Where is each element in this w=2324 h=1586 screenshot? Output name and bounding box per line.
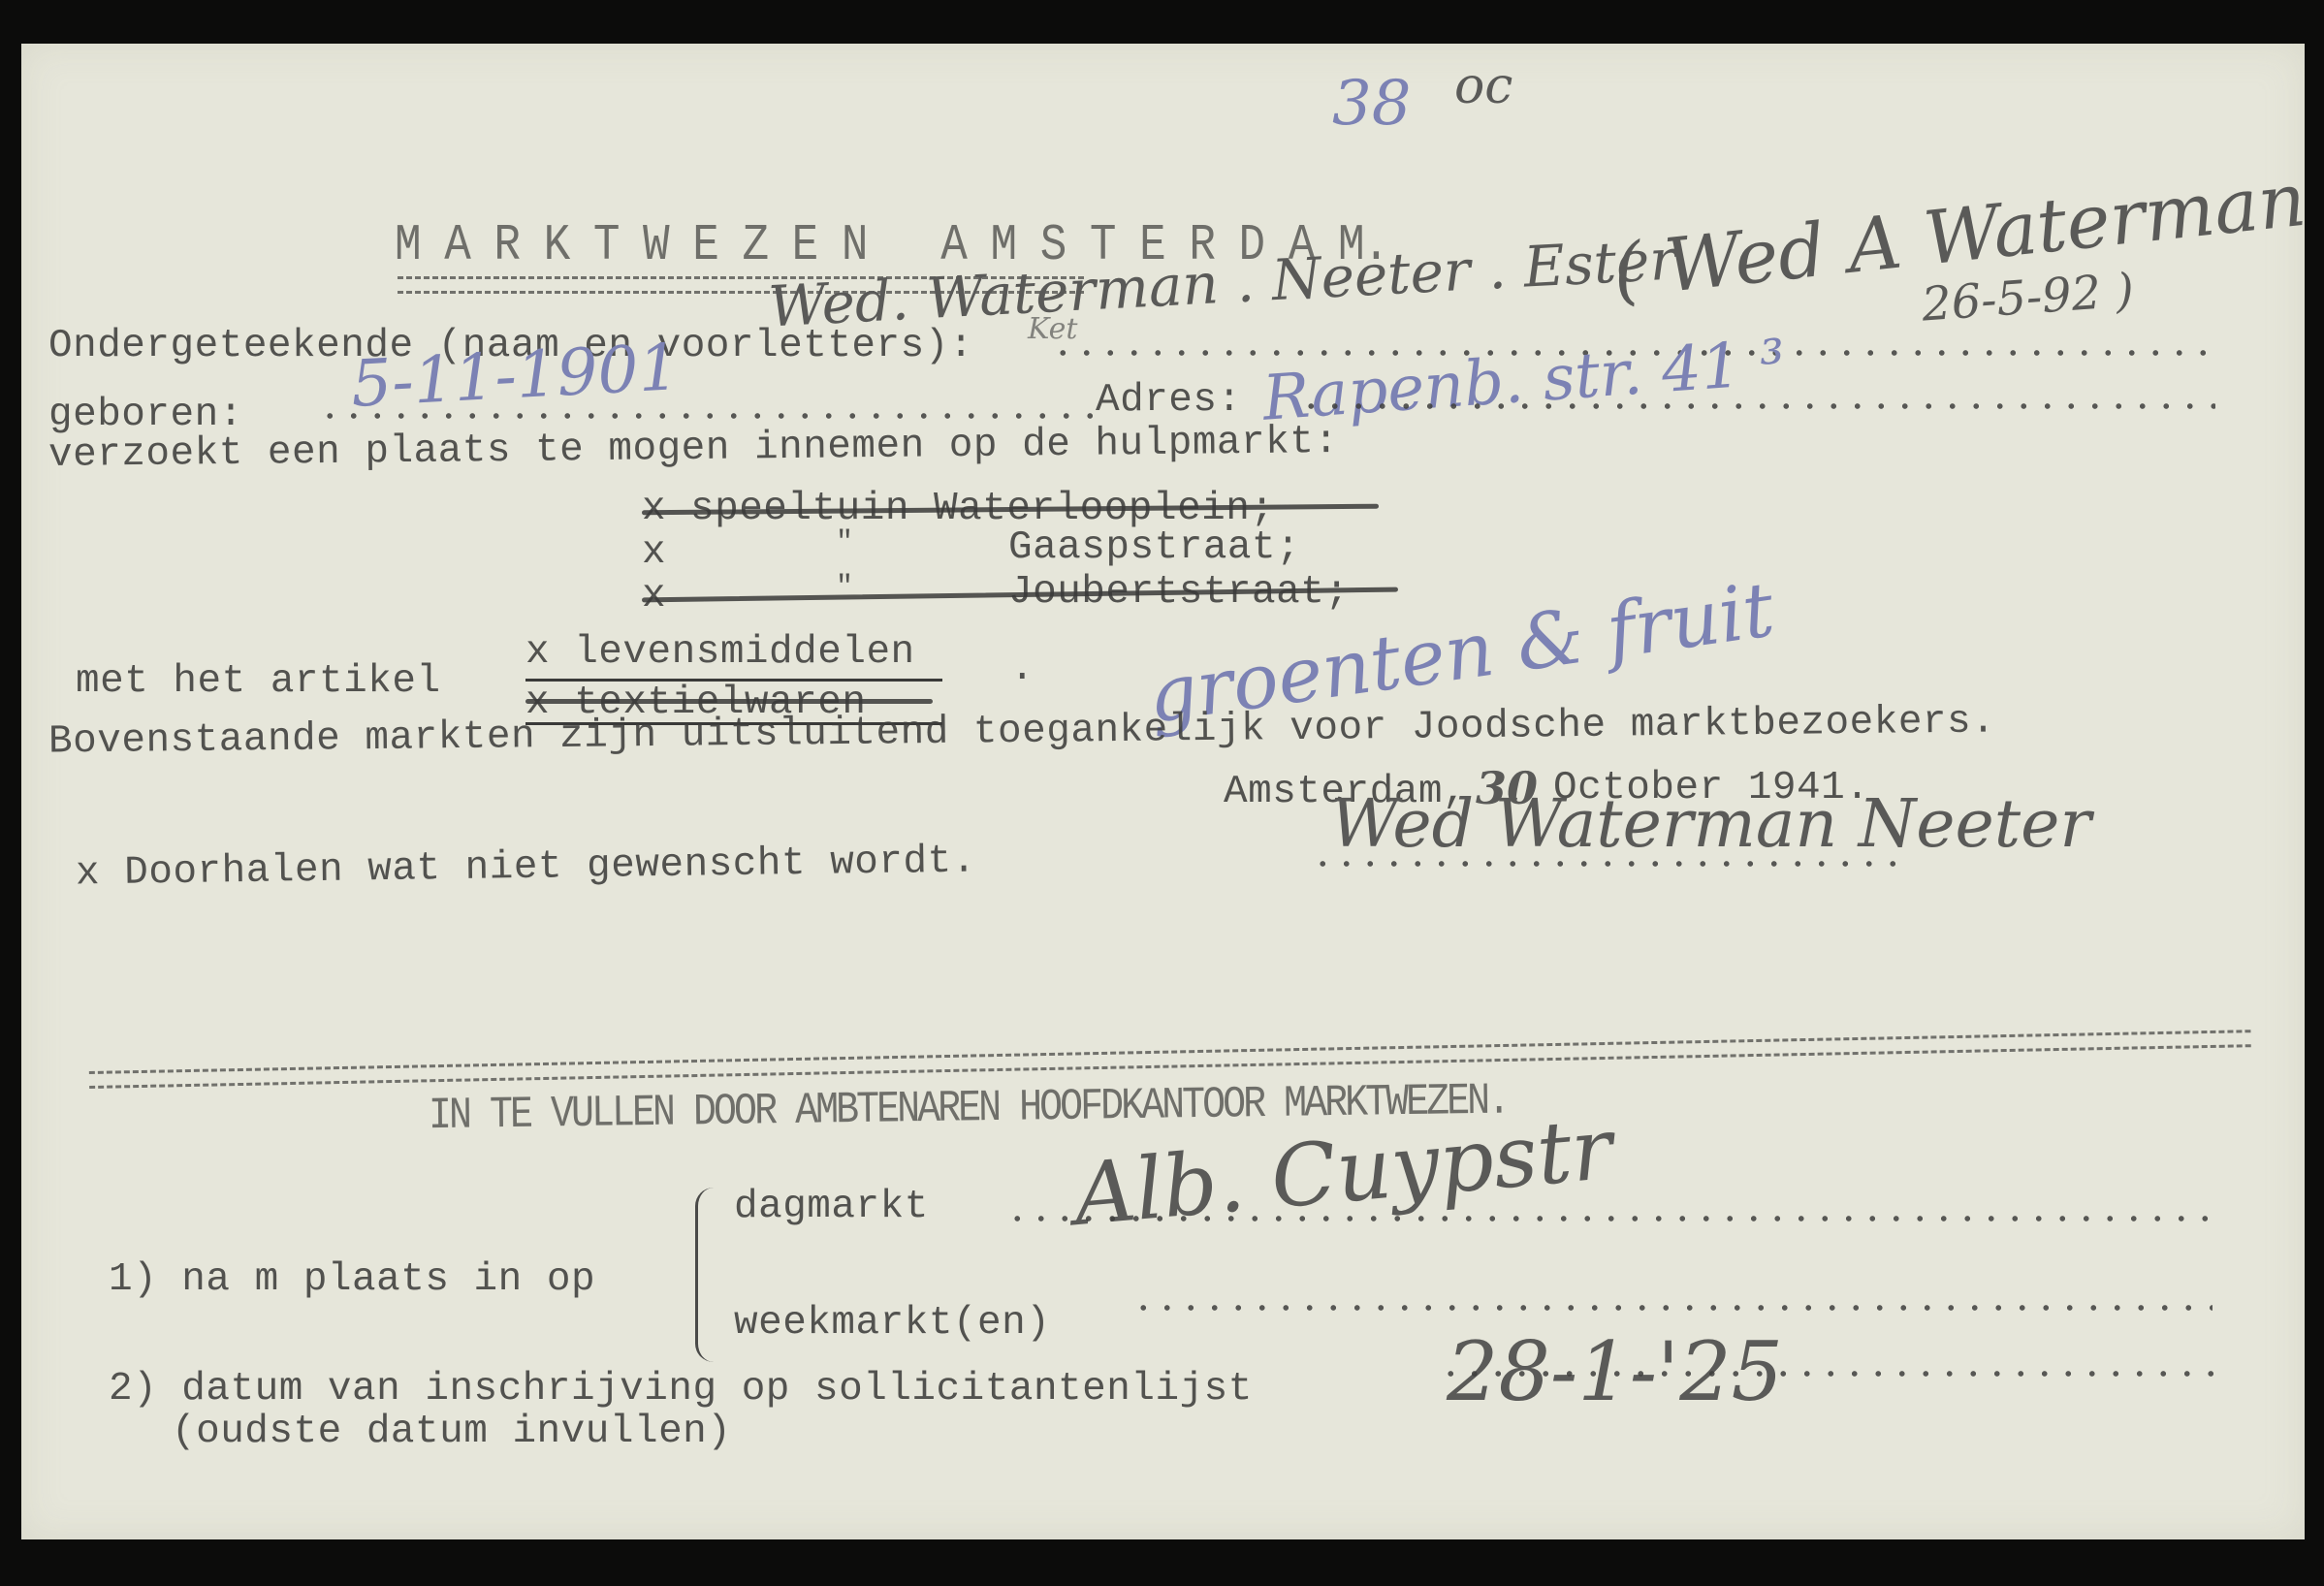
item1-option-dagmarkt: dagmarkt <box>734 1188 929 1227</box>
address-label: Adres: <box>1096 381 1242 421</box>
applicant-signature: Wed Waterman Neeter <box>1330 792 2091 858</box>
notice-text: Bovenstaande markten zijn uitsluitend to… <box>48 702 1996 762</box>
address-field-dotline[interactable] <box>1299 402 2215 410</box>
market-application-card: 38 oc ( Wed A Waterman 26-5-92 ) M A R K… <box>21 44 2305 1539</box>
strike-instruction: x Doorhalen wat niet gewenscht wordt. <box>76 842 976 895</box>
article-label: met het artikel <box>76 662 441 702</box>
pencil-initials: oc <box>1454 61 1512 111</box>
section-separator <box>89 1030 2251 1089</box>
strikethrough <box>525 699 933 704</box>
dagmarkt-dotline[interactable] <box>1005 1215 2213 1222</box>
article-option: x levensmiddelen <box>525 633 915 673</box>
born-field-dotline[interactable] <box>318 412 1094 420</box>
item2-sublabel: (oudste datum invullen) <box>172 1412 731 1452</box>
archive-number: 38 <box>1332 73 1411 135</box>
request-text: verzoekt een plaats te mogen innemen op … <box>48 423 1339 476</box>
struck-title: Ket <box>1028 315 1077 344</box>
signature-dotline[interactable] <box>1311 860 1912 868</box>
item1-label: 1) na m plaats in op <box>109 1260 595 1300</box>
item1-option-weekmarkt: weekmarkt(en) <box>734 1304 1050 1344</box>
born-label: geboren: <box>48 396 243 435</box>
ditto-mark: " <box>836 528 854 557</box>
option-brace <box>695 1188 714 1362</box>
handwritten-address: Rapenb. str. 41 ³ <box>1260 332 1787 429</box>
pencil-note-date: 26-5-92 ) <box>1921 267 2136 328</box>
market-option-marker: x <box>642 533 666 573</box>
weekmarkt-dotline[interactable] <box>1131 1304 2213 1312</box>
registration-date-dotline[interactable] <box>1439 1370 2214 1378</box>
item2-label: 2) datum van inschrijving op sollicitant… <box>109 1370 1253 1410</box>
article-period: . <box>1010 650 1035 689</box>
handwritten-birthdate: 5-11-1901 <box>350 335 682 417</box>
market-option-name: Gaaspstraat; <box>1008 528 1300 568</box>
